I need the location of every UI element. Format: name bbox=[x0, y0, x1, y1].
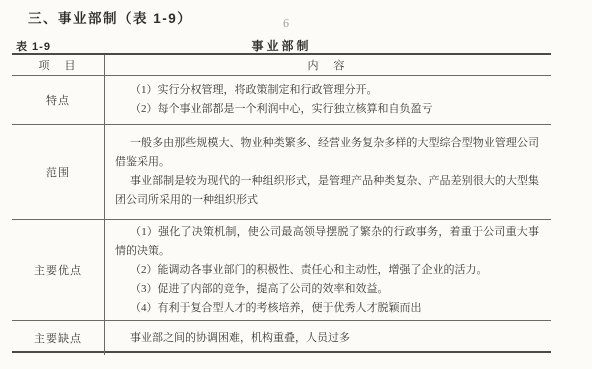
table-row: 特点 （1）实行分权管理，将政策制定和行政管理分开。（2）每个事业部都是一个利润… bbox=[12, 76, 551, 125]
header-cell-item: 项 目 bbox=[12, 55, 105, 75]
pencil-mark-icon: 6 bbox=[282, 16, 290, 32]
header-item-label: 项 目 bbox=[39, 57, 78, 73]
table-row: 主要缺点 事业部之间的协调困难，机构重叠，人员过多 bbox=[12, 321, 551, 355]
row-content: （1）实行分权管理，将政策制定和行政管理分开。（2）每个事业部都是一个利润中心，… bbox=[105, 76, 551, 124]
header-cell-content: 内 容 bbox=[105, 55, 551, 75]
table-caption-row: 表 1-9 事业部制 bbox=[12, 37, 551, 53]
table-row: 主要优点 （1）强化了决策机制，使公司最高领导摆脱了繁杂的行政事务，着重于公司重… bbox=[12, 220, 551, 321]
content-paragraph: （3）促进了内部的竞争，提高了公司的效率和效益。 bbox=[115, 280, 539, 299]
table-header-row: 项 目 内 容 bbox=[12, 55, 551, 76]
row-label: 主要优点 bbox=[12, 220, 105, 320]
content-paragraph: （1）实行分权管理，将政策制定和行政管理分开。 bbox=[115, 81, 539, 100]
content-paragraph: 事业部之间的协调困难，机构重叠，人员过多 bbox=[115, 329, 539, 348]
content-paragraph: 事业部制是较为现代的一种组织形式，是管理产品种类复杂、产品差别很大的大型集团公司… bbox=[115, 172, 539, 210]
table-row: 范围 一般多由那些规模大、物业种类繁多、经营业务复杂多样的大型综合型物业管理公司… bbox=[12, 125, 551, 220]
row-content: （1）强化了决策机制，使公司最高领导摆脱了繁杂的行政事务，着重于公司重大事情的决… bbox=[105, 220, 551, 320]
row-content: 事业部之间的协调困难，机构重叠，人员过多 bbox=[105, 321, 551, 355]
content-paragraph: （1）强化了决策机制，使公司最高领导摆脱了繁杂的行政事务，着重于公司重大事情的决… bbox=[115, 223, 539, 261]
content-paragraph: （2）每个事业部都是一个利润中心，实行独立核算和自负盈亏 bbox=[115, 100, 539, 119]
content-paragraph: （4）有利于复合型人才的考核培养，便于优秀人才脱颖而出 bbox=[115, 299, 539, 318]
header-content-label: 内 容 bbox=[308, 57, 347, 73]
row-label: 主要缺点 bbox=[12, 321, 105, 355]
content-paragraph: 一般多由那些规模大、物业种类繁多、经营业务复杂多样的大型综合型物业管理公司借鉴采… bbox=[115, 134, 539, 172]
content-paragraph: （2）能调动各事业部门的积极性、责任心和主动性，增强了企业的活力。 bbox=[115, 261, 539, 280]
section-heading: 三、事业部制（表 1-9） bbox=[28, 7, 192, 27]
row-label: 范围 bbox=[12, 125, 105, 219]
division-system-table: 项 目 内 容 特点 （1）实行分权管理，将政策制定和行政管理分开。（2）每个事… bbox=[12, 53, 551, 353]
table-title: 事业部制 bbox=[12, 37, 551, 54]
scanned-book-page: { "page": { "heading": "三、事业部制（表 1-9）", … bbox=[0, 0, 592, 369]
table-body: 特点 （1）实行分权管理，将政策制定和行政管理分开。（2）每个事业部都是一个利润… bbox=[12, 76, 551, 355]
row-label: 特点 bbox=[12, 76, 105, 124]
row-content: 一般多由那些规模大、物业种类繁多、经营业务复杂多样的大型综合型物业管理公司借鉴采… bbox=[105, 125, 551, 219]
